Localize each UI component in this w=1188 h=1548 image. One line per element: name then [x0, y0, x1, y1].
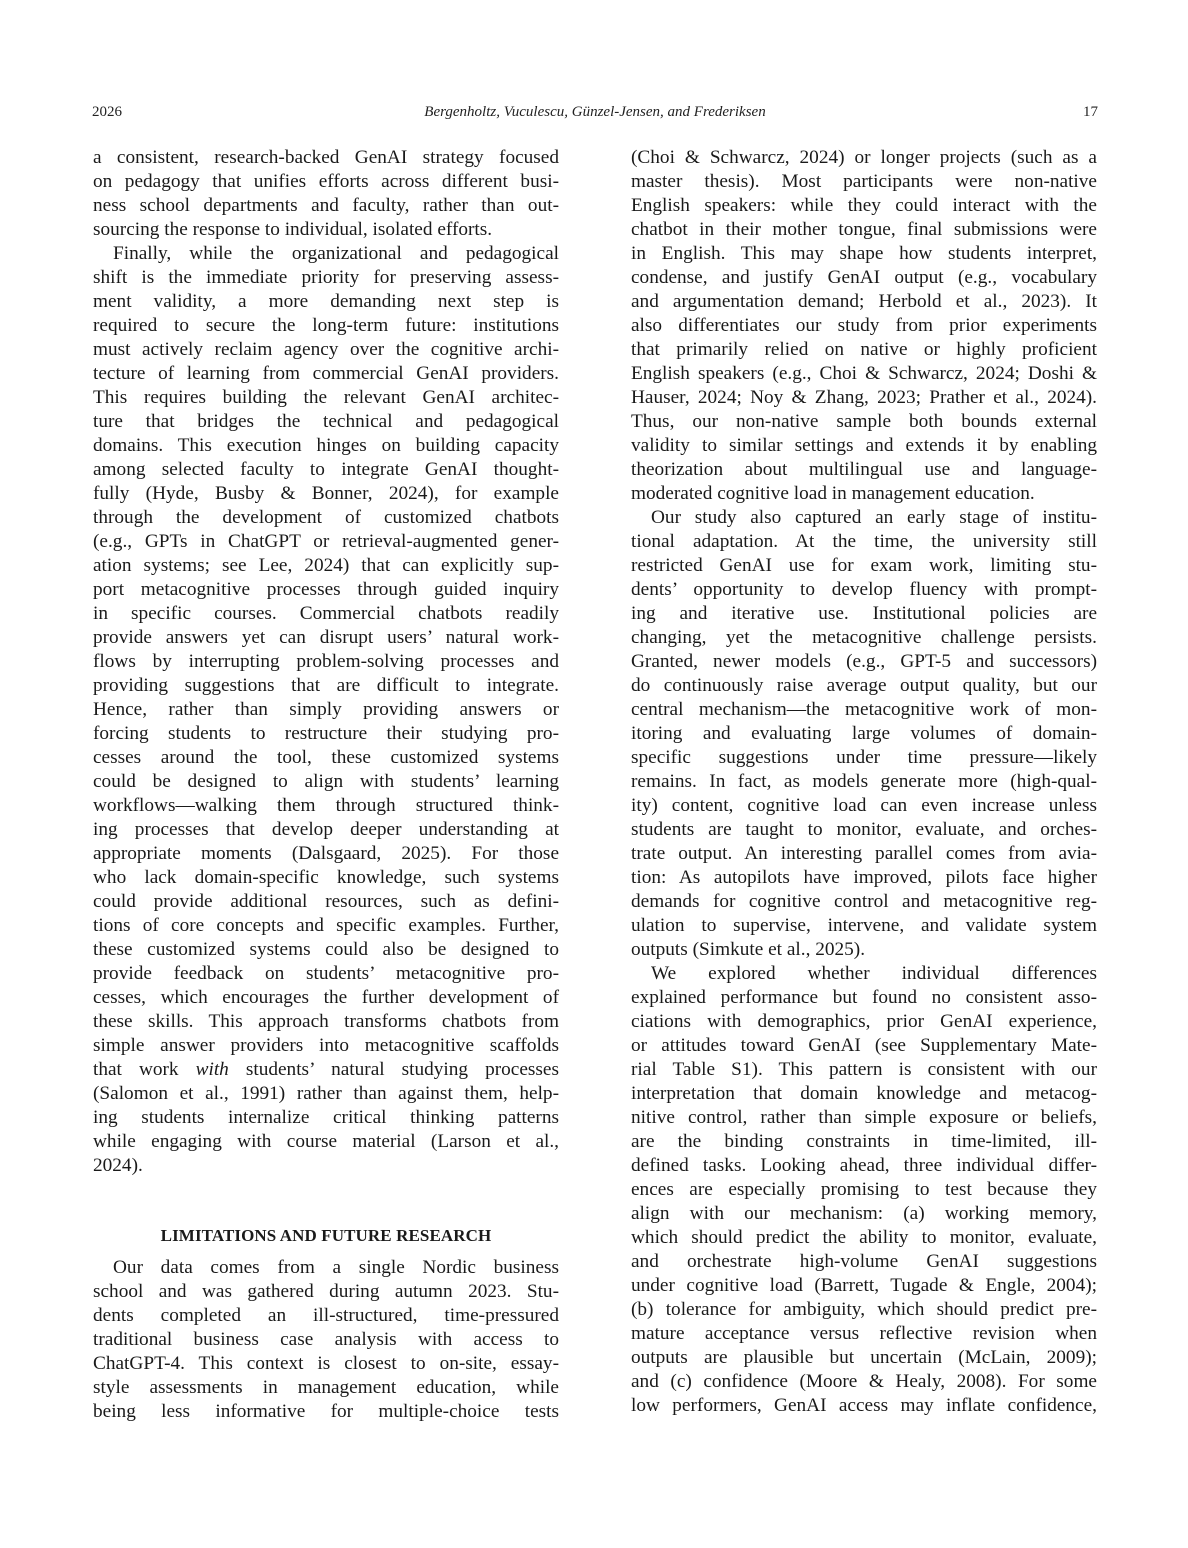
text-line: English speakers (e.g., Choi & Schwarcz,…	[631, 362, 1097, 386]
text-line: students are taught to monitor, evaluate…	[631, 818, 1097, 842]
text-line: Our study also captured an early stage o…	[631, 506, 1097, 530]
text-line: low performers, GenAI access may inflate…	[631, 1394, 1097, 1418]
text-line: ture that bridges the technical and peda…	[93, 410, 559, 434]
text-line: style assessments in management educatio…	[93, 1376, 559, 1400]
text-line: Hauser, 2024; Noy & Zhang, 2023; Prather…	[631, 386, 1097, 410]
text-line: dents’ opportunity to develop fluency wi…	[631, 578, 1097, 602]
text-line: tion: As autopilots have improved, pilot…	[631, 866, 1097, 890]
text-line-with-emphasis: that work with students’ natural studyin…	[93, 1058, 559, 1082]
running-head: 2026 Bergenholtz, Vuculescu, Günzel-Jens…	[92, 104, 1098, 124]
text-line: trate output. An interesting parallel co…	[631, 842, 1097, 866]
text-line: Granted, newer models (e.g., GPT-5 and s…	[631, 650, 1097, 674]
text-line: condense, and justify GenAI output (e.g.…	[631, 266, 1097, 290]
text-line: required to secure the long-term future:…	[93, 314, 559, 338]
text-line: nitive control, rather than simple expos…	[631, 1106, 1097, 1130]
text-line: align with our mechanism: (a) working me…	[631, 1202, 1097, 1226]
text-line: simple answer providers into metacogniti…	[93, 1034, 559, 1058]
text-line: ing processes that develop deeper unders…	[93, 818, 559, 842]
text-line: ation systems; see Lee, 2024) that can e…	[93, 554, 559, 578]
text-line: defined tasks. Looking ahead, three indi…	[631, 1154, 1097, 1178]
text-line: in English. This may shape how students …	[631, 242, 1097, 266]
text-line: and (c) confidence (Moore & Healy, 2008)…	[631, 1370, 1097, 1394]
text-line: these skills. This approach transforms c…	[93, 1010, 559, 1034]
text-line: through the development of customized ch…	[93, 506, 559, 530]
text-line: (Salomon et al., 1991) rather than again…	[93, 1082, 559, 1106]
text-line: itoring and evaluating large volumes of …	[631, 722, 1097, 746]
text-line: outputs (Simkute et al., 2025).	[631, 938, 1097, 962]
text-line: outputs are plausible but uncertain (McL…	[631, 1346, 1097, 1370]
text-line: provide answers yet can disrupt users’ n…	[93, 626, 559, 650]
text-line: workflows—walking them through structure…	[93, 794, 559, 818]
text-line: We explored whether individual differenc…	[631, 962, 1097, 986]
text-line: appropriate moments (Dalsgaard, 2025). F…	[93, 842, 559, 866]
text-line: validity to similar settings and extends…	[631, 434, 1097, 458]
text-line: This requires building the relevant GenA…	[93, 386, 559, 410]
text-line: among selected faculty to integrate GenA…	[93, 458, 559, 482]
text-line: domains. This execution hinges on buildi…	[93, 434, 559, 458]
text-line: that primarily relied on native or highl…	[631, 338, 1097, 362]
paragraph: Finally, while the organizational and pe…	[93, 242, 559, 1178]
text-line: cesses, which encourages the further dev…	[93, 986, 559, 1010]
text-line: master thesis). Most participants were n…	[631, 170, 1097, 194]
text-line: Thus, our non-native sample both bounds …	[631, 410, 1097, 434]
text-line: a consistent, research-backed GenAI stra…	[93, 146, 559, 170]
text-line: mature acceptance versus reflective revi…	[631, 1322, 1097, 1346]
text-line: ChatGPT-4. This context is closest to on…	[93, 1352, 559, 1376]
text-line: (b) tolerance for ambiguity, which shoul…	[631, 1298, 1097, 1322]
text-line: remains. In fact, as models generate mor…	[631, 770, 1097, 794]
text-line: (Choi & Schwarcz, 2024) or longer projec…	[631, 146, 1097, 170]
text-line: ulation to supervise, intervene, and val…	[631, 914, 1097, 938]
text-line: on pedagogy that unifies efforts across …	[93, 170, 559, 194]
text-line: dents completed an ill-structured, time-…	[93, 1304, 559, 1328]
text-line: chatbot in their mother tongue, final su…	[631, 218, 1097, 242]
text-line: restricted GenAI use for exam work, limi…	[631, 554, 1097, 578]
text-line: Finally, while the organizational and pe…	[93, 242, 559, 266]
text-line: traditional business case analysis with …	[93, 1328, 559, 1352]
paragraph: We explored whether individual differenc…	[631, 962, 1097, 1418]
text-line: 2024).	[93, 1154, 559, 1178]
right-column: (Choi & Schwarcz, 2024) or longer projec…	[631, 146, 1097, 1418]
text-line: theorization about multilingual use and …	[631, 458, 1097, 482]
text-line: and orchestrate high-volume GenAI sugges…	[631, 1250, 1097, 1274]
text-line: moderated cognitive load in management e…	[631, 482, 1097, 506]
text-line: ing students internalize critical thinki…	[93, 1106, 559, 1130]
text-line: interpretation that domain knowledge and…	[631, 1082, 1097, 1106]
text-line: specific suggestions under time pressure…	[631, 746, 1097, 770]
text-line: changing, yet the metacognitive challeng…	[631, 626, 1097, 650]
text-line: central mechanism—the metacognitive work…	[631, 698, 1097, 722]
text-line: also differentiates our study from prior…	[631, 314, 1097, 338]
text-line: rial Table S1). This pattern is consiste…	[631, 1058, 1097, 1082]
text-line: Our data comes from a single Nordic busi…	[93, 1256, 559, 1280]
text-line: demands for cognitive control and metaco…	[631, 890, 1097, 914]
text-line: port metacognitive processes through gui…	[93, 578, 559, 602]
text-line: and argumentation demand; Herbold et al.…	[631, 290, 1097, 314]
text-line: cesses around the tool, these customized…	[93, 746, 559, 770]
text-line: ences are especially promising to test b…	[631, 1178, 1097, 1202]
text-line: could provide additional resources, such…	[93, 890, 559, 914]
page-number: 17	[1083, 104, 1098, 121]
text-line: Hence, rather than simply providing answ…	[93, 698, 559, 722]
text-line: ment validity, a more demanding next ste…	[93, 290, 559, 314]
text-line: sourcing the response to individual, iso…	[93, 218, 559, 242]
emphasis-text: with	[196, 1059, 229, 1080]
text-line: ness school departments and faculty, rat…	[93, 194, 559, 218]
text-line: tional adaptation. At the time, the univ…	[631, 530, 1097, 554]
text-line: being less informative for multiple-choi…	[93, 1400, 559, 1424]
text-line: ciations with demographics, prior GenAI …	[631, 1010, 1097, 1034]
text-line: providing suggestions that are difficult…	[93, 674, 559, 698]
paragraph: Our study also captured an early stage o…	[631, 506, 1097, 962]
text-line: must actively reclaim agency over the co…	[93, 338, 559, 362]
text-line: these customized systems could also be d…	[93, 938, 559, 962]
text-line: who lack domain-specific knowledge, such…	[93, 866, 559, 890]
text-line: ity) content, cognitive load can even in…	[631, 794, 1097, 818]
text-line: English speakers: while they could inter…	[631, 194, 1097, 218]
text-line: ing and iterative use. Institutional pol…	[631, 602, 1097, 626]
text-line: school and was gathered during autumn 20…	[93, 1280, 559, 1304]
paragraph: a consistent, research-backed GenAI stra…	[93, 146, 559, 242]
text-line: fully (Hyde, Busby & Bonner, 2024), for …	[93, 482, 559, 506]
text-line: do continuously raise average output qua…	[631, 674, 1097, 698]
running-authors: Bergenholtz, Vuculescu, Günzel-Jensen, a…	[92, 104, 1098, 121]
paragraph: (Choi & Schwarcz, 2024) or longer projec…	[631, 146, 1097, 506]
text-line: flows by interrupting problem-solving pr…	[93, 650, 559, 674]
text-line: shift is the immediate priority for pres…	[93, 266, 559, 290]
text-line: or attitudes toward GenAI (see Supplemen…	[631, 1034, 1097, 1058]
text-line: provide feedback on students’ metacognit…	[93, 962, 559, 986]
text-line: could be designed to align with students…	[93, 770, 559, 794]
section-spacer	[93, 1178, 559, 1208]
section-heading: LIMITATIONS AND FUTURE RESEARCH	[93, 1222, 559, 1250]
text-line: are the binding constraints in time-limi…	[631, 1130, 1097, 1154]
text-line: forcing students to restructure their st…	[93, 722, 559, 746]
paragraph: Our data comes from a single Nordic busi…	[93, 1256, 559, 1424]
text-run: that work	[93, 1059, 196, 1080]
left-column: a consistent, research-backed GenAI stra…	[93, 146, 559, 1424]
text-line: explained performance but found no consi…	[631, 986, 1097, 1010]
text-line: (e.g., GPTs in ChatGPT or retrieval-augm…	[93, 530, 559, 554]
text-line: tecture of learning from commercial GenA…	[93, 362, 559, 386]
text-line: tions of core concepts and specific exam…	[93, 914, 559, 938]
text-line: while engaging with course material (Lar…	[93, 1130, 559, 1154]
text-line: in specific courses. Commercial chatbots…	[93, 602, 559, 626]
text-line: which should predict the ability to moni…	[631, 1226, 1097, 1250]
text-line: under cognitive load (Barrett, Tugade & …	[631, 1274, 1097, 1298]
text-run: students’ natural studying processes	[229, 1059, 559, 1080]
